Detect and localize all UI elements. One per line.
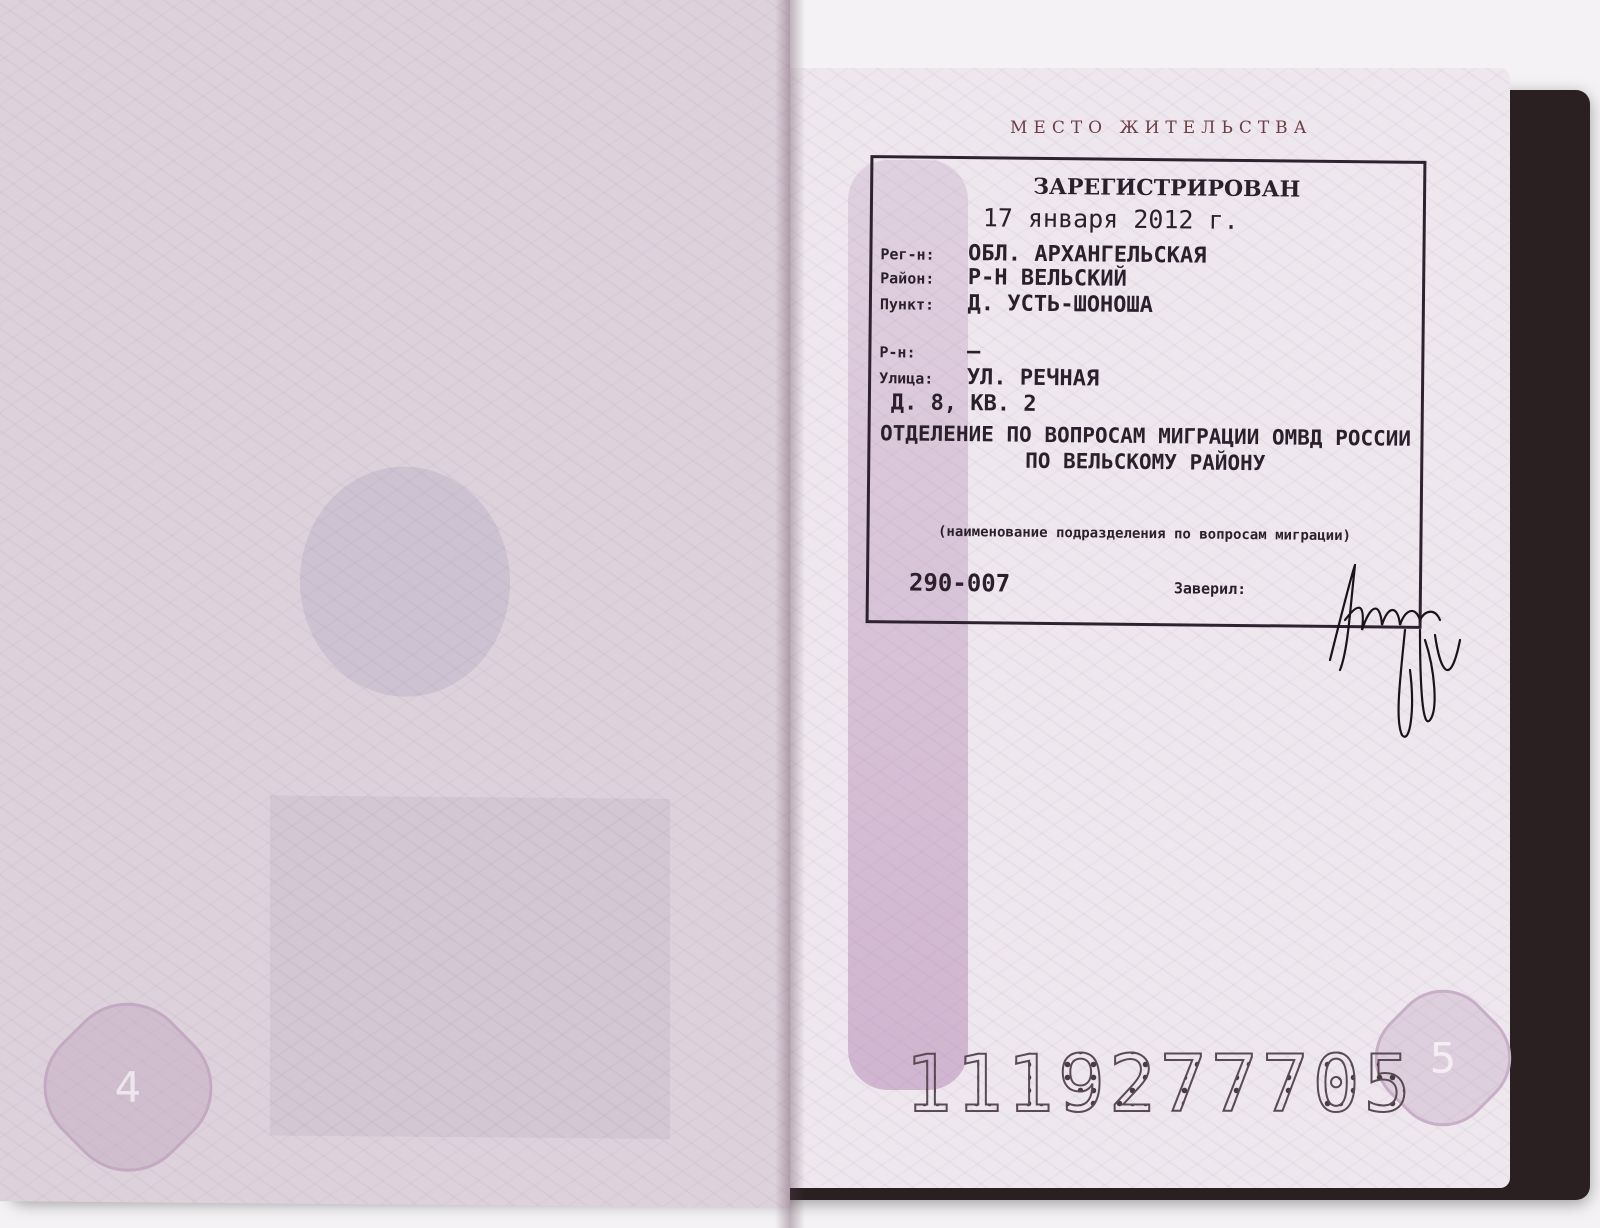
page-number: 5: [1430, 1034, 1457, 1083]
field-value: Р-Н ВЕЛЬСКИЙ: [968, 265, 1127, 292]
certified-label: Заверил:: [1174, 579, 1246, 598]
field-label: Рег-н:: [880, 245, 958, 264]
field-label: Пункт:: [880, 295, 958, 314]
field-city-district: Р-н: –: [879, 338, 980, 364]
spine-gutter: [775, 0, 805, 1228]
faded-stamp: [300, 466, 510, 698]
faded-photo-area: [270, 795, 670, 1138]
field-value: ОБЛ. АРХАНГЕЛЬСКАЯ: [968, 241, 1207, 268]
house-apartment: Д. 8, КВ. 2: [891, 390, 1037, 417]
field-value: –: [967, 339, 981, 364]
field-value: Д. УСТЬ-ШОНОША: [967, 291, 1153, 318]
field-district: Район: Р-Н ВЕЛЬСКИЙ: [880, 264, 1127, 292]
signature: [1310, 560, 1470, 750]
field-locality: Пункт: Д. УСТЬ-ШОНОША: [880, 290, 1153, 318]
perforated-serial-number: 1119277705: [905, 1045, 1415, 1125]
page-number: 4: [115, 1063, 142, 1112]
stamp-heading: ЗАРЕГИСТРИРОВАН: [1033, 174, 1301, 203]
left-page: 4: [0, 0, 790, 1208]
field-street: Улица: УЛ. РЕЧНАЯ: [879, 364, 1099, 391]
page-number-rosette: 4: [18, 977, 239, 1198]
department-code: 290-007: [909, 569, 1010, 598]
page-header: МЕСТО ЖИТЕЛЬСТВА: [1010, 118, 1313, 138]
field-label: Улица:: [879, 369, 957, 388]
field-label: Район:: [880, 269, 958, 288]
field-value: УЛ. РЕЧНАЯ: [967, 365, 1100, 391]
field-label: Р-н:: [879, 343, 957, 362]
registration-stamp: ЗАРЕГИСТРИРОВАН 17 января 2012 г. Рег-н:…: [866, 155, 1427, 629]
registration-date: 17 января 2012 г.: [983, 203, 1239, 235]
issuing-authority: ОТДЕЛЕНИЕ ПО ВОПРОСАМ МИГРАЦИИ ОМВД РОСС…: [870, 420, 1421, 478]
authority-caption: (наименование подразделения по вопросам …: [869, 522, 1419, 546]
serial-digits: 1119277705: [905, 1045, 1415, 1125]
